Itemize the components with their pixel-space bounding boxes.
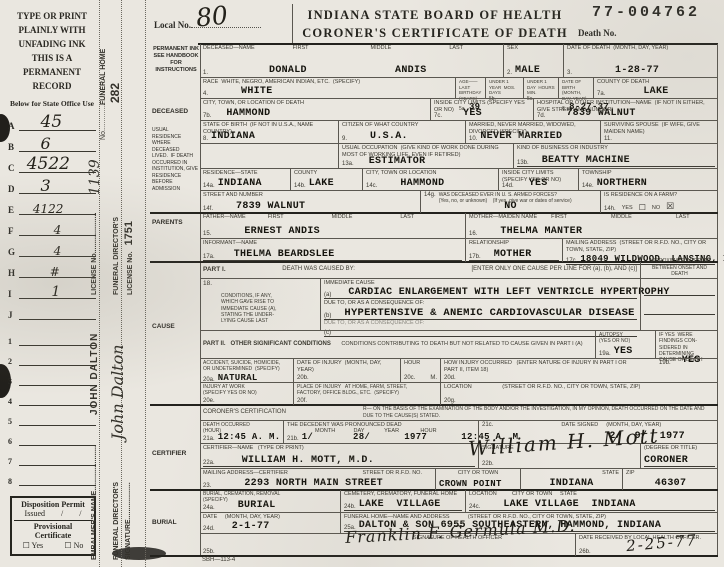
row-street-forces-farm: STREET AND NUMBER 14f.7839 WALNUT 14g.WA…: [200, 190, 718, 213]
yes-checkbox: ☐ Yes: [23, 541, 44, 550]
state-office-lines: A45 B6 C4522 D3 E4122 F4 G4 H# I1 J: [8, 110, 96, 320]
field-father-name: FATHER—NAMEFIRSTMIDDLELAST 15.ERNEST AND…: [200, 213, 465, 238]
disposition-line1: Disposition Permit: [12, 500, 94, 509]
field-age: AGE——LAST BIRTHDAY (YEARS) 5a.39: [455, 78, 485, 98]
row-part1-header: PART I. DEATH WAS CAUSED BY: [ENTER ONLY…: [200, 262, 718, 278]
field-findings-considered: IF YES WERE FINDINGS CON- SIDERED IN DET…: [655, 331, 718, 358]
field-relationship: RELATIONSHIP 17b.MOTHER: [465, 239, 562, 262]
funeral-home-number: 282: [109, 83, 121, 103]
field-under-1-year: UNDER 1 YEAR MOS. DAYS 5b.: [485, 78, 523, 98]
field-hospital: HOSPITAL OR OTHER INSTITUTION—NAME (IF N…: [533, 99, 718, 120]
embalmer-name-label: EMBALMER'S NAME.......................: [89, 446, 101, 560]
field-hour-of-injury: HOUR 20c.M.: [400, 359, 440, 382]
death-no-stamp: 77-004762: [592, 4, 700, 21]
row-name: DECEASED—NAMEFIRSTMIDDLELAST 1.DONALD AN…: [200, 44, 718, 77]
section-certifier: CERTIFIER: [152, 450, 199, 458]
death-certificate-page: TYPE OR PRINT PLAINLY WITH UNFADING INK …: [0, 0, 724, 567]
field-blank: [200, 144, 338, 168]
coroner-certification-text: R— ON THE BASIS OF THE EXAMINATION OF TH…: [360, 405, 718, 420]
field-date-of-death: DATE OF DEATH (MONTH, DAY, YEAR) 3.1-28-…: [563, 44, 718, 77]
section-cause: CAUSE: [152, 323, 199, 331]
row-coroner-certification: CORONER'S CERTIFICATION R— ON THE BASIS …: [200, 405, 718, 420]
cause-lines: IMMEDIATE CAUSE (a)CARDIAC ENLARGEMENT W…: [320, 279, 640, 330]
field-certifier-name: CERTIFIER—NAME (TYPE OR PRINT) 22a.WILLI…: [200, 444, 478, 468]
cause-b-value: HYPERTENSIVE & ANEMIC CARDIOVASCULAR DIS…: [344, 307, 634, 319]
funeral-directors-license-line1: FUNERAL DIRECTOR'S: [111, 217, 123, 295]
state-office-line: C4522: [8, 152, 96, 173]
state-office-line: G4: [8, 236, 96, 257]
field-mother-maiden-name: MOTHER—MAIDEN NAMEFIRSTMIDDLELAST 16.THE…: [465, 213, 718, 238]
field-accident-suicide: ACCIDENT, SUICIDE, HOMICIDE, OR UNDETERM…: [200, 359, 293, 382]
funeral-directors-license-line2: LICENSE No. 1751: [123, 221, 135, 295]
field-certifier-mailing-address: MAILING ADDRESS—CERTIFIERSTREET OR R.F.D…: [200, 469, 435, 490]
license-no-label: LICENSE No.....................: [89, 213, 101, 295]
field-autopsy: AUTOPSY (YES OR NO) 19a.YES: [595, 331, 655, 358]
field-date-of-injury: DATE OF INJURY (MONTH, DAY, YEAR) 20b.: [293, 359, 400, 382]
provisional-line2: Certificate: [12, 531, 94, 540]
field-residence-inside-city: INSIDE CITY LIMITS (SPECIFY YES OR NO) 1…: [498, 169, 578, 190]
field-armed-forces: 14g.WAS DECEASED EVER IN U. S. ARMED FOR…: [420, 191, 600, 213]
row-burial: BURIAL, CREMATION, REMOVAL (SPECIFY) 24a…: [200, 490, 718, 512]
funeral-director-signature-value: John Dalton: [112, 344, 124, 440]
form-number: SBH—113-4: [202, 557, 235, 563]
row-injury-at-work: INJURY AT WORK (SPECIFY YES OR NO) 20e. …: [200, 382, 718, 405]
permanent-ink-note: PERMANENT INK SEE HANDBOOK FOR INSTRUCTI…: [152, 46, 200, 75]
cause-conditions-note: 18. CONDITIONS, IF ANY, WHICH GAVE RISE …: [200, 279, 320, 330]
disposition-line2: Issued / /: [12, 509, 94, 518]
handwritten-value: 45: [41, 112, 63, 132]
field-residence-city: CITY, TOWN OR LOCATION 14c.HAMMOND: [362, 169, 498, 190]
row-informant: INFORMANT—NAME 17a.THELMA BEARDSLEE RELA…: [200, 238, 718, 262]
field-occupation: USUAL OCCUPATION (GIVE KIND OF WORK DONE…: [338, 144, 513, 168]
no-checkbox: ☐ No: [64, 541, 83, 550]
row-occupation: USUAL OCCUPATION (GIVE KIND OF WORK DONE…: [200, 143, 718, 168]
handwritten-value: 4522: [27, 154, 70, 174]
state-office-line: E4122: [8, 194, 96, 215]
section-parents: PARENTS: [152, 219, 199, 227]
field-county-of-death: COUNTY OF DEATH 7a.LAKE: [593, 78, 718, 98]
field-inside-city-limits-death: INSIDE CITY LIMITS (SPECIFY YES OR NO) 7…: [430, 99, 533, 120]
field-residence-on-farm: IS RESIDENCE ON A FARM? 14h. YES☐ NO☒: [600, 191, 718, 213]
state-office-line: D3: [8, 173, 96, 194]
divider: [145, 0, 146, 567]
field-how-injury-occurred: HOW INJURY OCCURRED (ENTER NATURE OF INJ…: [440, 359, 718, 382]
field-under-1-day: UNDER 1 DAY HOURS MIN. 5c.: [523, 78, 558, 98]
state-office-line: J: [8, 299, 96, 320]
state-office-line: A45: [8, 110, 96, 131]
title-line2: CORONER'S CERTIFICATE OF DEATH: [300, 26, 570, 41]
license-number-value: 1139: [89, 159, 101, 195]
local-no-value: 80: [195, 0, 230, 32]
field-citizen: CITIZEN OF WHAT COUNTRY 9.U.S.A.: [338, 121, 465, 143]
divider: [292, 4, 293, 44]
section-burial: BURIAL: [152, 519, 199, 527]
funeral-home-no-label: No...................: [98, 94, 110, 140]
yes-checkbox: ☐: [639, 203, 646, 212]
sidebar-instructions: TYPE OR PRINT PLAINLY WITH UNFADING INK …: [6, 10, 98, 94]
state-office-line: I1: [8, 278, 96, 299]
embalmer-name-value: JOHN DALTON: [89, 333, 101, 415]
row-parents: FATHER—NAMEFIRSTMIDDLELAST 15.ERNEST AND…: [200, 213, 718, 238]
field-surviving-spouse: SURVIVING SPOUSE (IF WIFE, GIVE MAIDEN N…: [600, 121, 718, 143]
part2-conditions: PART II. OTHER SIGNIFICANT CONDITIONS CO…: [200, 331, 595, 358]
coroner-certification-label: CORONER'S CERTIFICATION: [200, 405, 360, 420]
row-city-of-death: CITY, TOWN, OR LOCATION OF DEATH 7b.HAMM…: [200, 98, 718, 120]
field-street-and-number: STREET AND NUMBER 14f.7839 WALNUT: [200, 191, 420, 213]
section-usual-residence: USUAL RESIDENCE WHERE DECEASED LIVED. IF…: [152, 127, 199, 192]
funeral-director-signature-line1: FUNERAL DIRECTOR'S: [111, 482, 123, 560]
row-birth-citizen-marital: STATE OF BIRTH (IF NOT IN U.S.A., NAME C…: [200, 120, 718, 143]
field-pronounced-dead: THE DECEDENT WAS PRONOUNCED DEAD MONTH D…: [283, 421, 478, 443]
row-residence: RESIDENCE—STATE 14a.INDIANA COUNTY 14b.L…: [200, 168, 718, 190]
field-burial-date: DATE (MONTH, DAY, YEAR) 24d.2-1-77: [200, 513, 340, 533]
field-certifier-city: CITY OR TOWN CROWN POINT: [435, 469, 520, 490]
part1-header: PART I. DEATH WAS CAUSED BY: [ENTER ONLY…: [200, 262, 640, 278]
cause-a-value: CARDIAC ENLARGEMENT WITH LEFT VENTRICLE …: [348, 287, 669, 298]
field-deceased-name: DECEASED—NAMEFIRSTMIDDLELAST 1.DONALD AN…: [200, 44, 503, 77]
field-injury-location: LOCATION (STREET OR R.F.D. NO., CITY OR …: [440, 383, 718, 405]
field-industry: KIND OF BUSINESS OR INDUSTRY 13b.BEATTY …: [513, 144, 718, 168]
field-injury-at-work: INJURY AT WORK (SPECIFY YES OR NO) 20e.: [200, 383, 293, 405]
title-line1: INDIANA STATE BOARD OF HEALTH: [300, 8, 570, 23]
field-sex: SEX 2.MALE: [503, 44, 563, 77]
provisional-line1: Provisional: [12, 522, 94, 531]
field-place-of-injury: PLACE OF INJURY AT HOME, FARM, STREET, F…: [293, 383, 440, 405]
cause-interval-column: [640, 279, 718, 330]
field-25b: 25b.: [200, 534, 340, 556]
field-certifier-zip: ZIP 46307: [622, 469, 718, 490]
row-certifier-address: MAILING ADDRESS—CERTIFIERSTREET OR R.F.D…: [200, 468, 718, 490]
state-office-line: H#: [8, 257, 96, 278]
field-marital-status: MARRIED, NEVER MARRIED, WIDOWED, DIVORCE…: [465, 121, 600, 143]
disposition-permit-box: Disposition Permit Issued / / Provisiona…: [10, 496, 96, 556]
field-city-of-death: CITY, TOWN, OR LOCATION OF DEATH 7b.HAMM…: [200, 99, 430, 120]
field-race: RACE WHITE, NEGRO, AMERICAN INDIAN, ETC.…: [200, 78, 455, 98]
state-office-line: F4: [8, 215, 96, 236]
field-informant-name: INFORMANT—NAME 17a.THELMA BEARDSLEE: [200, 239, 465, 262]
row-part2: PART II. OTHER SIGNIFICANT CONDITIONS CO…: [200, 330, 718, 358]
page-title: INDIANA STATE BOARD OF HEALTH CORONER'S …: [300, 8, 570, 41]
row-race-age: RACE WHITE, NEGRO, AMERICAN INDIAN, ETC.…: [200, 77, 718, 98]
field-township: TOWNSHIP 14e.NORTHERN: [578, 169, 718, 190]
field-burial-type: BURIAL, CREMATION, REMOVAL (SPECIFY) 24a…: [200, 490, 340, 512]
field-residence-county: COUNTY 14b.LAKE: [290, 169, 362, 190]
field-certifier-state: STATE INDIANA: [520, 469, 622, 490]
state-office-numbered-lines: 1 2 3 4 5 6 7 8: [8, 326, 96, 486]
field-death-occurred-hour: DEATH OCCURRED (HOUR) 21a.12:45 A. M.: [200, 421, 283, 443]
row-cause: 18. CONDITIONS, IF ANY, WHICH GAVE RISE …: [200, 278, 718, 330]
field-residence-state: RESIDENCE—STATE 14a.INDIANA: [200, 169, 290, 190]
state-office-line: B6: [8, 131, 96, 152]
field-state-of-birth: STATE OF BIRTH (IF NOT IN U.S.A., NAME C…: [200, 121, 338, 143]
interval-header: APPROXIMATE INTERVAL BETWEEN ONSET AND D…: [640, 262, 718, 278]
field-cemetery: CEMETERY, CREMATORY, FUNERAL HOME 24b.LA…: [340, 490, 465, 512]
no-checkbox-checked: ☒: [666, 201, 674, 212]
funeral-directors-license-value: 1751: [123, 221, 135, 245]
death-no-label: Death No.: [578, 28, 617, 38]
state-office-heading: Below for State Office Use: [4, 99, 100, 108]
field-date-of-birth: DATE OF BIRTH (MONTH, DAY, YEAR) 6.8-27-…: [558, 78, 593, 98]
funeral-director-signature-line2: SIGNATURE...................: [123, 482, 135, 560]
field-burial-location: LOCATION CITY OR TOWN STATE 24c.LAKE VIL…: [465, 490, 718, 512]
row-accident: ACCIDENT, SUICIDE, HOMICIDE, OR UNDETERM…: [200, 358, 718, 382]
section-deceased: DECEASED: [152, 108, 199, 116]
